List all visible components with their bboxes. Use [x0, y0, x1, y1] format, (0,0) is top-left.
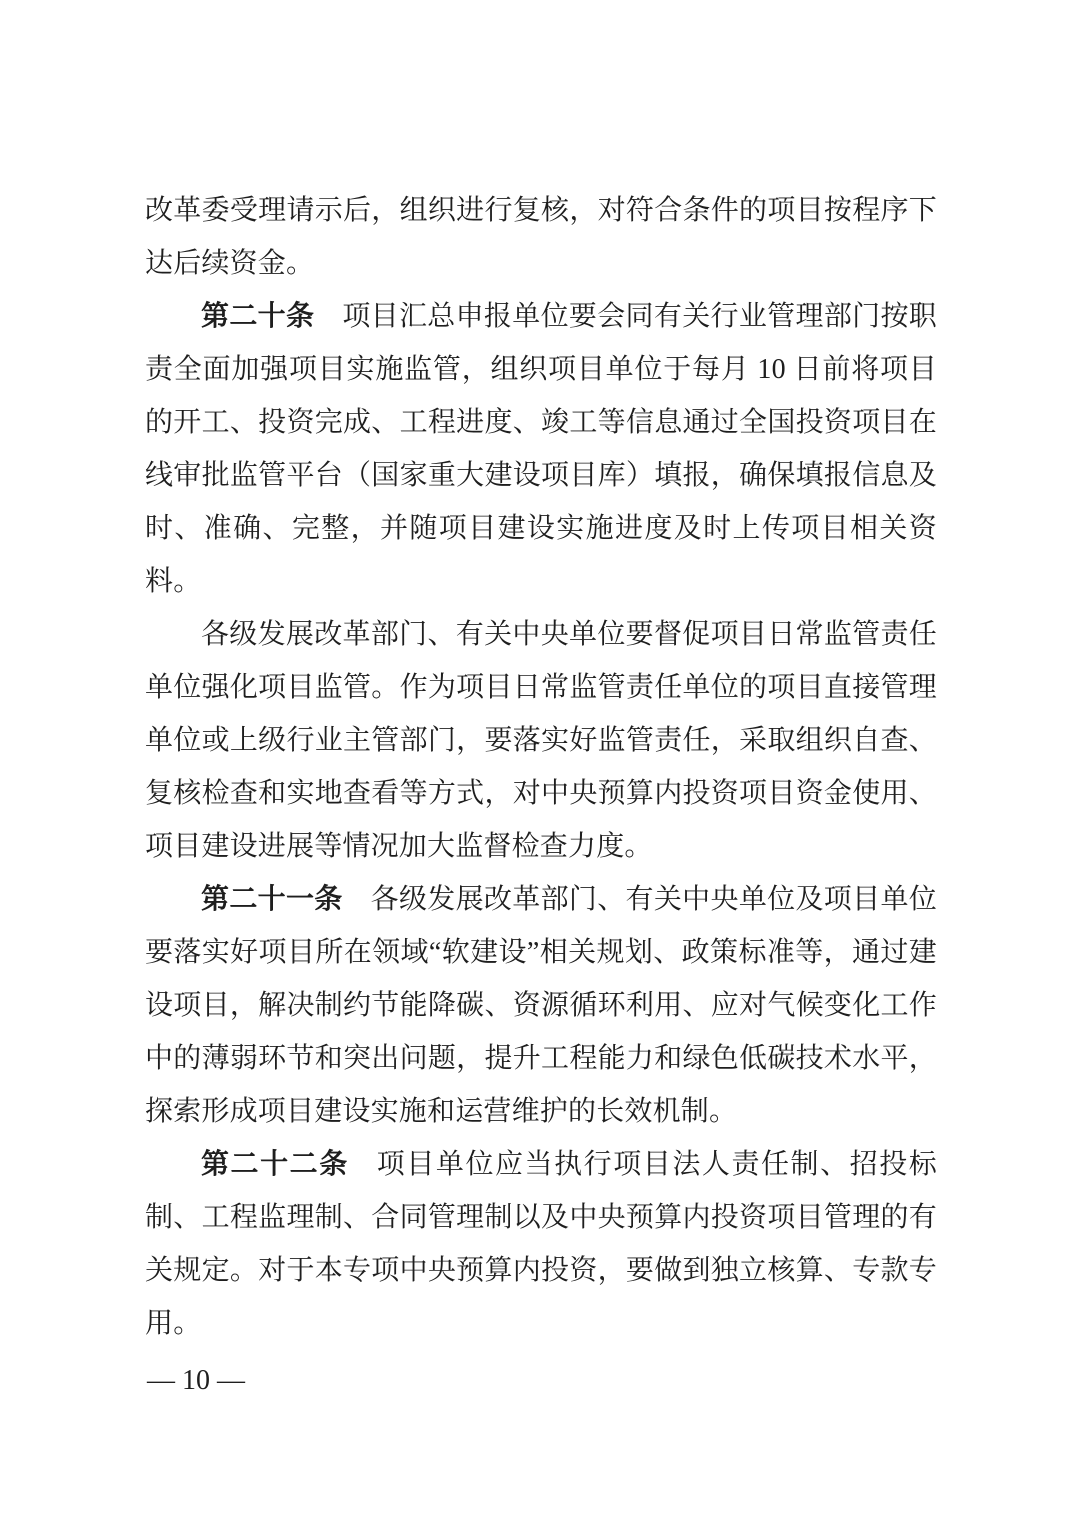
paragraph-continuation: 改革委受理请示后，组织进行复核，对符合条件的项目按程序下达后续资金。 — [145, 184, 937, 290]
clause-20-paragraph: 第二十条项目汇总申报单位要会同有关行业管理部门按职责全面加强项目实施监管，组织项… — [145, 290, 937, 608]
document-body: 改革委受理请示后，组织进行复核，对符合条件的项目按程序下达后续资金。 第二十条项… — [145, 184, 937, 1350]
clause-22-number: 第二十二条 — [201, 1149, 349, 1180]
clause-21-number: 第二十一条 — [201, 884, 343, 915]
clause-20-number: 第二十条 — [201, 301, 314, 332]
paragraph-text: 各级发展改革部门、有关中央单位要督促项目日常监管责任单位强化项目监管。作为项目日… — [145, 619, 937, 862]
clause-20-text: 项目汇总申报单位要会同有关行业管理部门按职责全面加强项目实施监管，组织项目单位于… — [145, 301, 937, 597]
paragraph-supervision: 各级发展改革部门、有关中央单位要督促项目日常监管责任单位强化项目监管。作为项目日… — [145, 608, 937, 873]
clause-21-text: 各级发展改革部门、有关中央单位及项目单位要落实好项目所在领域“软建设”相关规划、… — [145, 884, 937, 1127]
clause-21-paragraph: 第二十一条各级发展改革部门、有关中央单位及项目单位要落实好项目所在领域“软建设”… — [145, 873, 937, 1138]
clause-22-paragraph: 第二十二条项目单位应当执行项目法人责任制、招投标制、工程监理制、合同管理制以及中… — [145, 1138, 937, 1350]
document-page: 改革委受理请示后，组织进行复核，对符合条件的项目按程序下达后续资金。 第二十条项… — [0, 0, 1080, 1527]
paragraph-text: 改革委受理请示后，组织进行复核，对符合条件的项目按程序下达后续资金。 — [145, 195, 937, 279]
page-number: — 10 — — [147, 1354, 245, 1407]
